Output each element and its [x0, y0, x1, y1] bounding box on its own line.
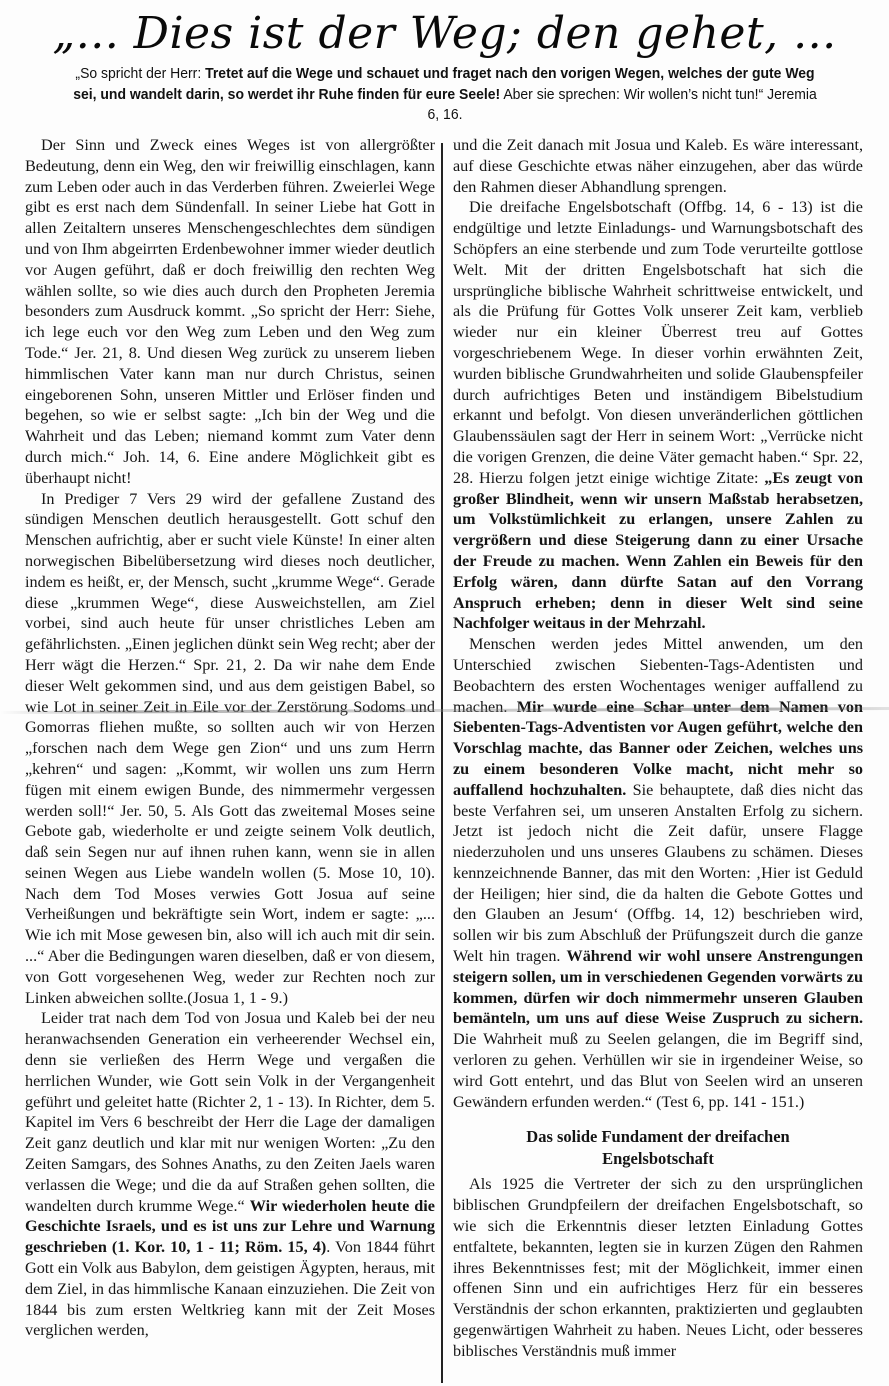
column-divider	[441, 143, 443, 1383]
paragraph-text: Die dreifache Engelsbotschaft (Offbg. 14…	[453, 198, 863, 486]
right-column: und die Zeit danach mit Josua und Kaleb.…	[453, 135, 863, 1362]
paragraph-text: Die Wahrheit muß zu Seelen gelangen, die…	[453, 1030, 863, 1110]
paragraph: Als 1925 die Vertreter der sich zu den u…	[453, 1174, 863, 1361]
paragraph: Leider trat nach dem Tod von Josua und K…	[25, 1008, 435, 1341]
quotation-bold: „Es zeugt von großer Blindheit, wenn wir…	[453, 469, 863, 633]
paragraph-text: Sie behauptete, daß dies nicht das beste…	[453, 781, 863, 965]
left-column: Der Sinn und Zweck eines Weges ist von a…	[25, 135, 435, 1341]
epigraph-quote: „So spricht der Herr: Tretet auf die Weg…	[72, 64, 817, 126]
paragraph: Menschen werden jedes Mittel anwenden, u…	[453, 634, 863, 1112]
section-heading: Das solide Fundament der dreifachen Enge…	[453, 1126, 863, 1170]
section-heading-line: Engelsbotschaft	[453, 1148, 863, 1170]
epigraph-lead: „So spricht der Herr:	[75, 65, 205, 82]
paragraph-continued: und die Zeit danach mit Josua und Kaleb.…	[453, 135, 863, 197]
document-page: „... Dies ist der Weg; den gehet, ... „S…	[0, 0, 889, 1386]
paragraph-text: Leider trat nach dem Tod von Josua und K…	[25, 1009, 435, 1214]
page-title: „... Dies ist der Weg; den gehet, ...	[0, 6, 889, 62]
paragraph: Der Sinn und Zweck eines Weges ist von a…	[25, 135, 435, 489]
paragraph: Die dreifache Engelsbotschaft (Offbg. 14…	[453, 197, 863, 634]
paragraph: In Prediger 7 Vers 29 wird der gefallene…	[25, 489, 435, 1009]
section-heading-line: Das solide Fundament der dreifachen	[453, 1126, 863, 1148]
